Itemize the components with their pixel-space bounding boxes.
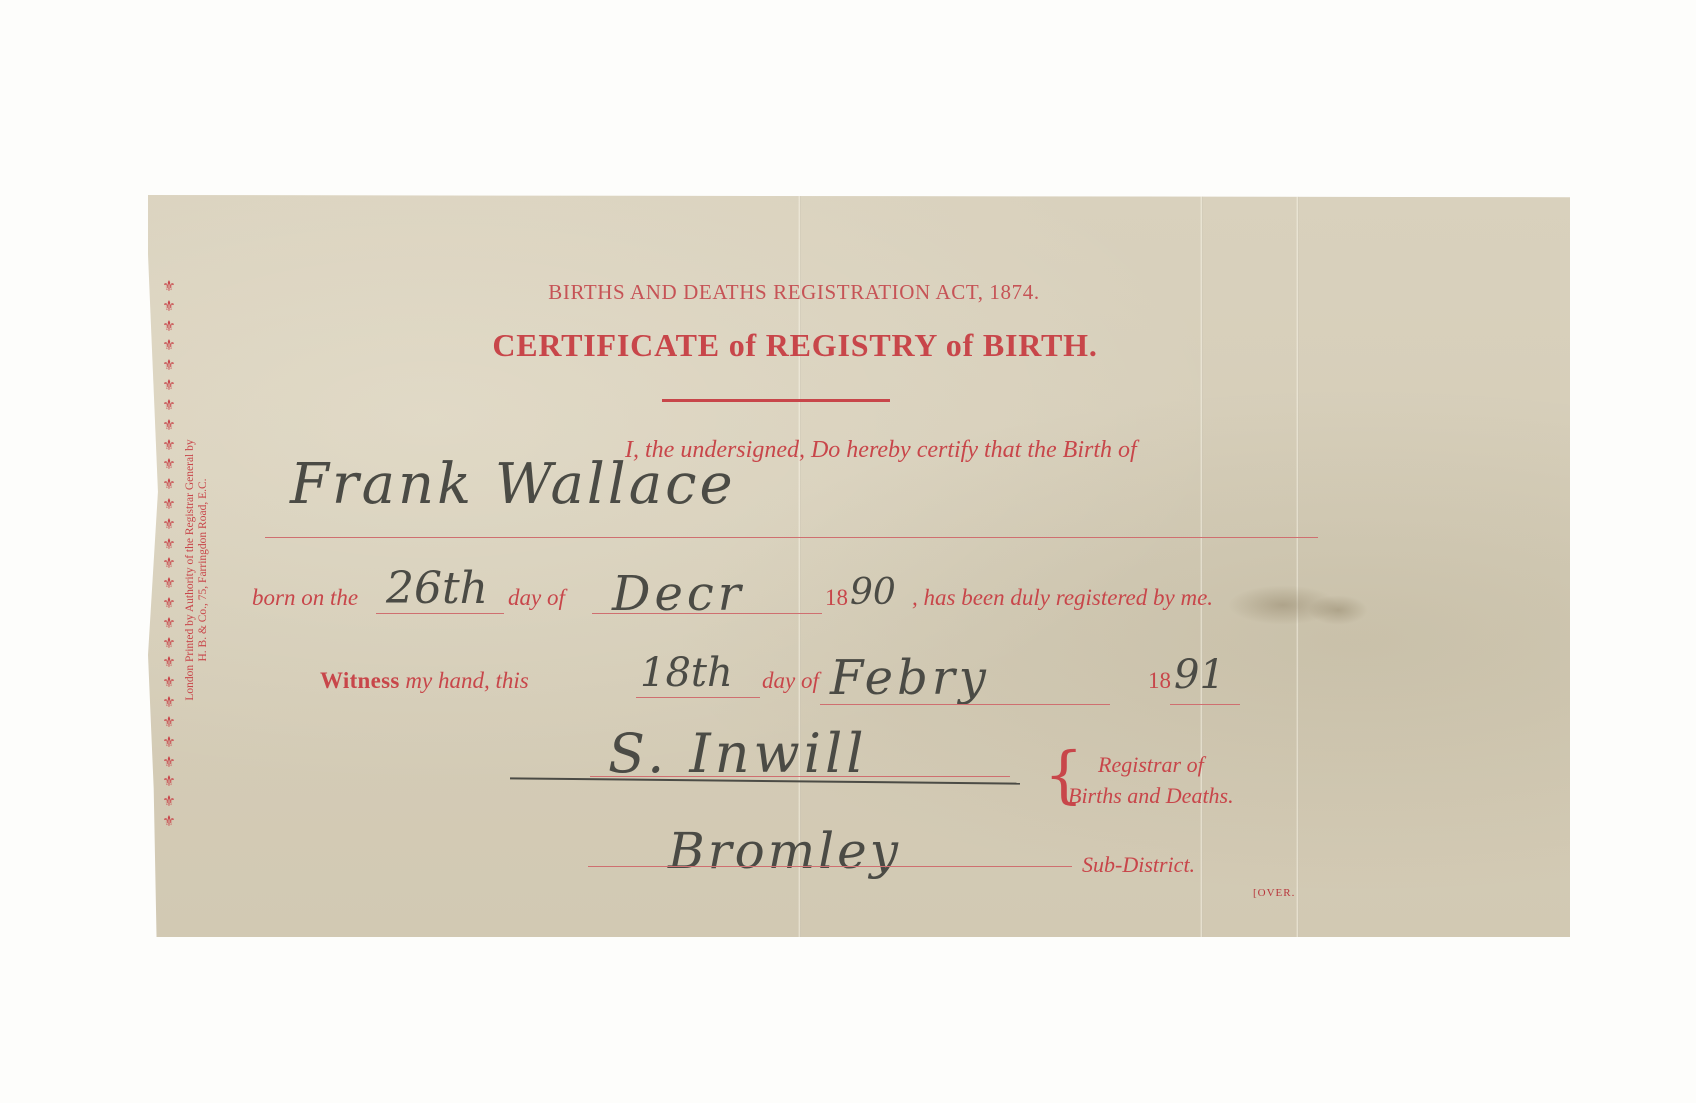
fleur-de-lis-icon: ⚜ <box>162 597 175 612</box>
fleur-de-lis-icon: ⚜ <box>162 577 175 592</box>
fleur-de-lis-icon: ⚜ <box>162 379 175 394</box>
witness-year-handwritten: 91 <box>1174 652 1225 698</box>
witness-day-underline <box>636 697 760 698</box>
registered-statement: , has been duly registered by me. <box>912 585 1213 611</box>
witness-word: Witness <box>320 668 400 693</box>
registrar-label-line-2: Births and Deaths. <box>1068 781 1234 811</box>
fleur-de-lis-icon: ⚜ <box>162 775 175 790</box>
over-mark: [OVER. <box>1253 887 1295 899</box>
born-on-label: born on the <box>252 585 358 611</box>
born-day-underline <box>376 613 504 614</box>
fleur-de-lis-icon: ⚜ <box>162 557 175 572</box>
paper-stain <box>1308 595 1368 625</box>
fleur-de-lis-icon: ⚜ <box>162 676 175 691</box>
witness-day-of-label: day of <box>762 668 819 694</box>
born-day-handwritten: 26th <box>386 563 488 614</box>
fleur-de-lis-icon: ⚜ <box>162 419 175 434</box>
fleur-de-lis-icon: ⚜ <box>162 696 175 711</box>
fleur-de-lis-icon: ⚜ <box>162 439 175 454</box>
fleur-de-lis-icon: ⚜ <box>162 815 175 830</box>
signature-underline <box>590 776 1010 777</box>
fleur-de-lis-icon: ⚜ <box>162 498 175 513</box>
fleur-de-lis-icon: ⚜ <box>162 538 175 553</box>
paper-fold-line <box>1296 195 1299 937</box>
side-ornament-border: ⚜⚜⚜⚜⚜⚜⚜⚜⚜⚜⚜⚜⚜⚜⚜⚜⚜⚜⚜⚜⚜⚜⚜⚜⚜⚜⚜⚜ <box>160 280 178 830</box>
witness-month-underline <box>820 704 1110 705</box>
name-underline <box>265 537 1318 538</box>
fleur-de-lis-icon: ⚜ <box>162 736 175 751</box>
witness-year-printed: 18 <box>1148 668 1171 694</box>
sub-district-underline <box>588 866 1072 867</box>
witness-year-underline <box>1170 704 1240 705</box>
side-printer-imprint: London Printed by Authority of the Regis… <box>186 330 208 810</box>
printer-imprint-line-1: London Printed by Authority of the Regis… <box>184 330 197 810</box>
certificate-title: CERTIFICATE of REGISTRY of BIRTH. <box>380 327 1210 364</box>
fleur-de-lis-icon: ⚜ <box>162 756 175 771</box>
fleur-de-lis-icon: ⚜ <box>162 300 175 315</box>
day-of-label: day of <box>508 585 565 611</box>
born-year-printed: 18 <box>825 585 848 611</box>
fleur-de-lis-icon: ⚜ <box>162 458 175 473</box>
fleur-de-lis-icon: ⚜ <box>162 399 175 414</box>
paper-fold-line <box>1200 195 1203 937</box>
fleur-de-lis-icon: ⚜ <box>162 359 175 374</box>
fleur-de-lis-icon: ⚜ <box>162 339 175 354</box>
child-name-handwritten: Frank Wallace <box>290 452 736 517</box>
fleur-de-lis-icon: ⚜ <box>162 518 175 533</box>
born-month-underline <box>592 613 822 614</box>
fleur-de-lis-icon: ⚜ <box>162 637 175 652</box>
witness-month-handwritten: Febry <box>830 650 990 706</box>
act-heading: BIRTHS AND DEATHS REGISTRATION ACT, 1874… <box>454 280 1134 305</box>
fleur-de-lis-icon: ⚜ <box>162 656 175 671</box>
fleur-de-lis-icon: ⚜ <box>162 478 175 493</box>
printer-imprint-line-2: H. B. & Co., 75, Farringdon Road, E.C. <box>197 330 210 810</box>
witness-day-handwritten: 18th <box>640 650 733 696</box>
registrar-label-line-1: Registrar of <box>1098 750 1204 780</box>
witness-text: my hand, this <box>405 668 528 693</box>
born-year-handwritten: 90 <box>850 572 896 613</box>
sub-district-label: Sub-District. <box>1082 850 1195 880</box>
fleur-de-lis-icon: ⚜ <box>162 320 175 335</box>
fleur-de-lis-icon: ⚜ <box>162 617 175 632</box>
fleur-de-lis-icon: ⚜ <box>162 716 175 731</box>
sub-district-handwritten: Bromley <box>668 822 901 880</box>
witness-line: Witness my hand, this <box>320 668 529 694</box>
title-divider <box>662 399 890 402</box>
fleur-de-lis-icon: ⚜ <box>162 280 175 295</box>
fleur-de-lis-icon: ⚜ <box>162 795 175 810</box>
